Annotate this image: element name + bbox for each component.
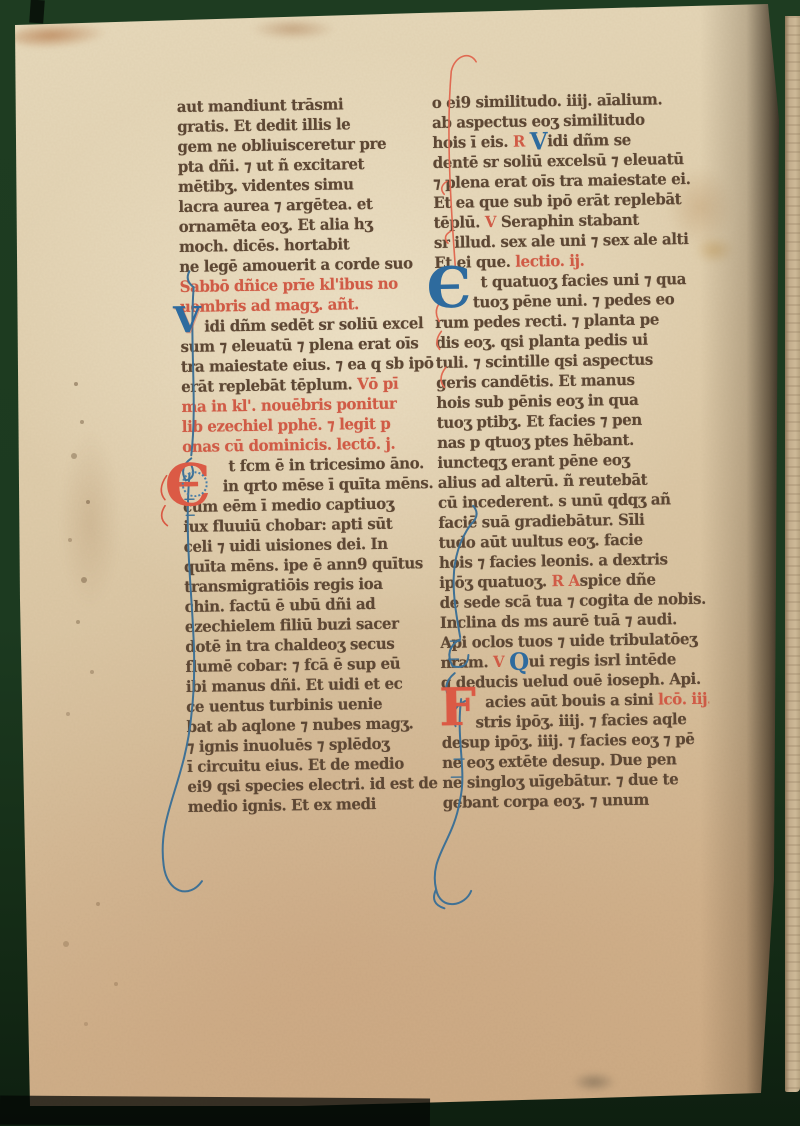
text-segment: Vō pī — [357, 374, 398, 393]
text-segment: nram. — [440, 653, 493, 673]
text-segment: ipōʒ quatuoʒ. — [439, 572, 552, 592]
page-fore-edge-stack — [785, 16, 800, 1092]
text-segment: hois ī eis. — [432, 132, 513, 152]
text-segment: spice dñe — [580, 570, 656, 590]
manuscript-photo: aut mandiunt trāsmigratis. Et dedit illi… — [0, 0, 800, 1126]
text-segment: erāt replebāt tēplum. — [181, 375, 357, 396]
manuscript-text-line: medio ignis. Et ex medi — [188, 792, 442, 817]
text-segment: gebant corpa eoʒ. ⁊ unum — [443, 790, 649, 812]
text-block: aut mandiunt trāsmigratis. Et dedit illi… — [0, 0, 800, 1126]
text-segment: R A — [551, 571, 579, 590]
text-segment: acies aūt bouis a sini — [485, 690, 658, 711]
bottom-shadow — [0, 1095, 430, 1126]
parchment-page: aut mandiunt trāsmigratis. Et dedit illi… — [0, 0, 800, 1126]
text-segment: mētibʒ. videntes simu — [178, 175, 354, 196]
text-segment: V — [485, 212, 501, 231]
left-red-flourish — [161, 476, 167, 526]
text-segment: Seraphin stabant — [501, 210, 639, 231]
text-segment: moch. dicēs. hortabit — [179, 235, 350, 256]
text-segment: V — [493, 652, 509, 671]
text-segment: aut mandiunt trāsmi — [177, 95, 344, 116]
text-segment: tēplū. — [434, 213, 486, 233]
text-segment: lcō. iij. — [658, 689, 711, 709]
text-segment: R — [513, 132, 530, 151]
left-text-column: aut mandiunt trāsmigratis. Et dedit illi… — [177, 92, 442, 822]
text-segment: gratis. Et dedit illis le — [177, 115, 351, 136]
text-segment: Et ei que. — [434, 252, 515, 272]
text-segment: idi dñm se — [547, 130, 631, 150]
right-text-column: o ei9 similitudo. iiij. aīalium.ab aspec… — [432, 88, 711, 818]
text-segment: uembris ad magʒ. añt. — [180, 295, 359, 317]
text-segment: ui regis isrl intēde — [529, 650, 676, 671]
binding-clamp-shadow — [29, 0, 45, 23]
manuscript-text-line: gebant corpa eoʒ. ⁊ unum — [443, 788, 711, 813]
text-segment: lectio. ij. — [515, 251, 584, 271]
text-segment: medio ignis. Et ex medi — [188, 794, 376, 816]
